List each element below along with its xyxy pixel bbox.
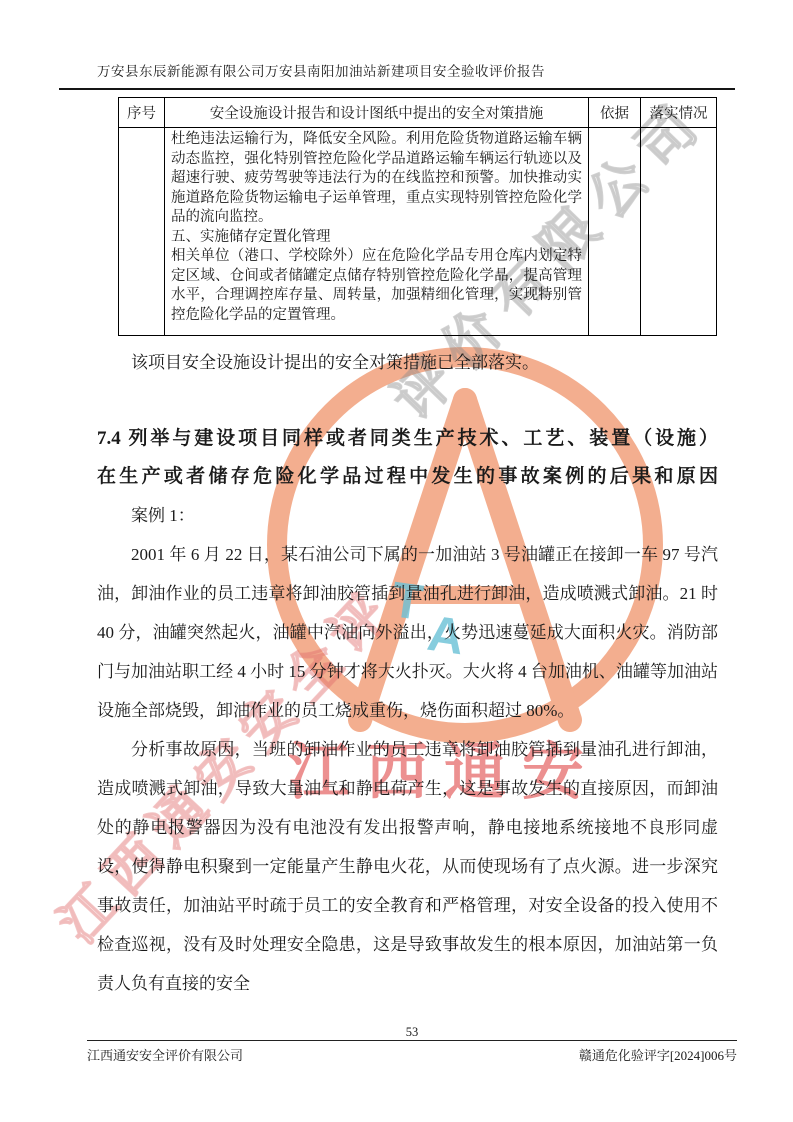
header-rule	[59, 88, 735, 90]
document-page: T A 江西通安 评价有限公司 江西通安安全评 万安县东辰新能源有限公司万安县南…	[0, 0, 793, 1122]
col-header-seq: 序号	[119, 98, 165, 128]
case-paragraph-2: 分析事故原因，当班的卸油作业的员工违章将卸油胶管插到量油孔进行卸油，造成喷溅式卸…	[97, 730, 718, 1003]
section-heading-line-2: 在生产或者储存危险化学品过程中发生的事故案例的后果和原因	[97, 458, 718, 496]
cell-basis	[589, 128, 641, 336]
table-header-row: 序号 安全设施设计报告和设计图纸中提出的安全对策措施 依据 落实情况	[119, 98, 717, 128]
page-number: 53	[406, 1025, 419, 1040]
page-body: 序号 安全设施设计报告和设计图纸中提出的安全对策措施 依据 落实情况 杜绝违法运…	[97, 97, 718, 1003]
measure-paragraph: 杜绝违法运输行为，降低安全风险。利用危险货物道路运输车辆动态监控，强化特别管控危…	[171, 130, 582, 228]
cell-measures: 杜绝违法运输行为，降低安全风险。利用危险货物道路运输车辆动态监控，强化特别管控危…	[165, 128, 589, 336]
case-paragraph-1: 2001 年 6 月 22 日，某石油公司下属的一加油站 3 号油罐正在接卸一车…	[97, 535, 718, 730]
page-footer: 53 江西通安安全评价有限公司 赣通危化验评字[2024]006号	[87, 1040, 737, 1064]
footer-row: 江西通安安全评价有限公司 赣通危化验评字[2024]006号	[87, 1041, 737, 1064]
footer-doc-number: 赣通危化验评字[2024]006号	[579, 1045, 737, 1064]
measure-paragraph: 五、实施储存定置化管理	[171, 228, 582, 248]
measure-paragraph: 相关单位（港口、学校除外）应在危险化学品专用仓库内划定特定区域、仓间或者储罐定点…	[171, 247, 582, 325]
col-header-implementation: 落实情况	[641, 98, 717, 128]
content-layer: 万安县东辰新能源有限公司万安县南阳加油站新建项目安全验收评价报告 序号 安全设施…	[0, 0, 793, 1122]
col-header-measures: 安全设施设计报告和设计图纸中提出的安全对策措施	[165, 98, 589, 128]
conclusion-paragraph: 该项目安全设施设计提出的安全对策措施已全部落实。	[97, 350, 718, 376]
cell-seq	[119, 128, 165, 336]
col-header-basis: 依据	[589, 98, 641, 128]
footer-company: 江西通安安全评价有限公司	[87, 1045, 243, 1064]
report-title: 万安县东辰新能源有限公司万安县南阳加油站新建项目安全验收评价报告	[97, 60, 545, 80]
case-label: 案例 1：	[97, 496, 718, 535]
section-heading-line-1: 7.4 列举与建设项目同样或者同类生产技术、工艺、装置（设施）	[97, 420, 718, 458]
section-heading-7-4: 7.4 列举与建设项目同样或者同类生产技术、工艺、装置（设施） 在生产或者储存危…	[97, 420, 718, 496]
table-row: 杜绝违法运输行为，降低安全风险。利用危险货物道路运输车辆动态监控，强化特别管控危…	[119, 128, 717, 336]
measures-table: 序号 安全设施设计报告和设计图纸中提出的安全对策措施 依据 落实情况 杜绝违法运…	[118, 97, 717, 336]
cell-implementation	[641, 128, 717, 336]
